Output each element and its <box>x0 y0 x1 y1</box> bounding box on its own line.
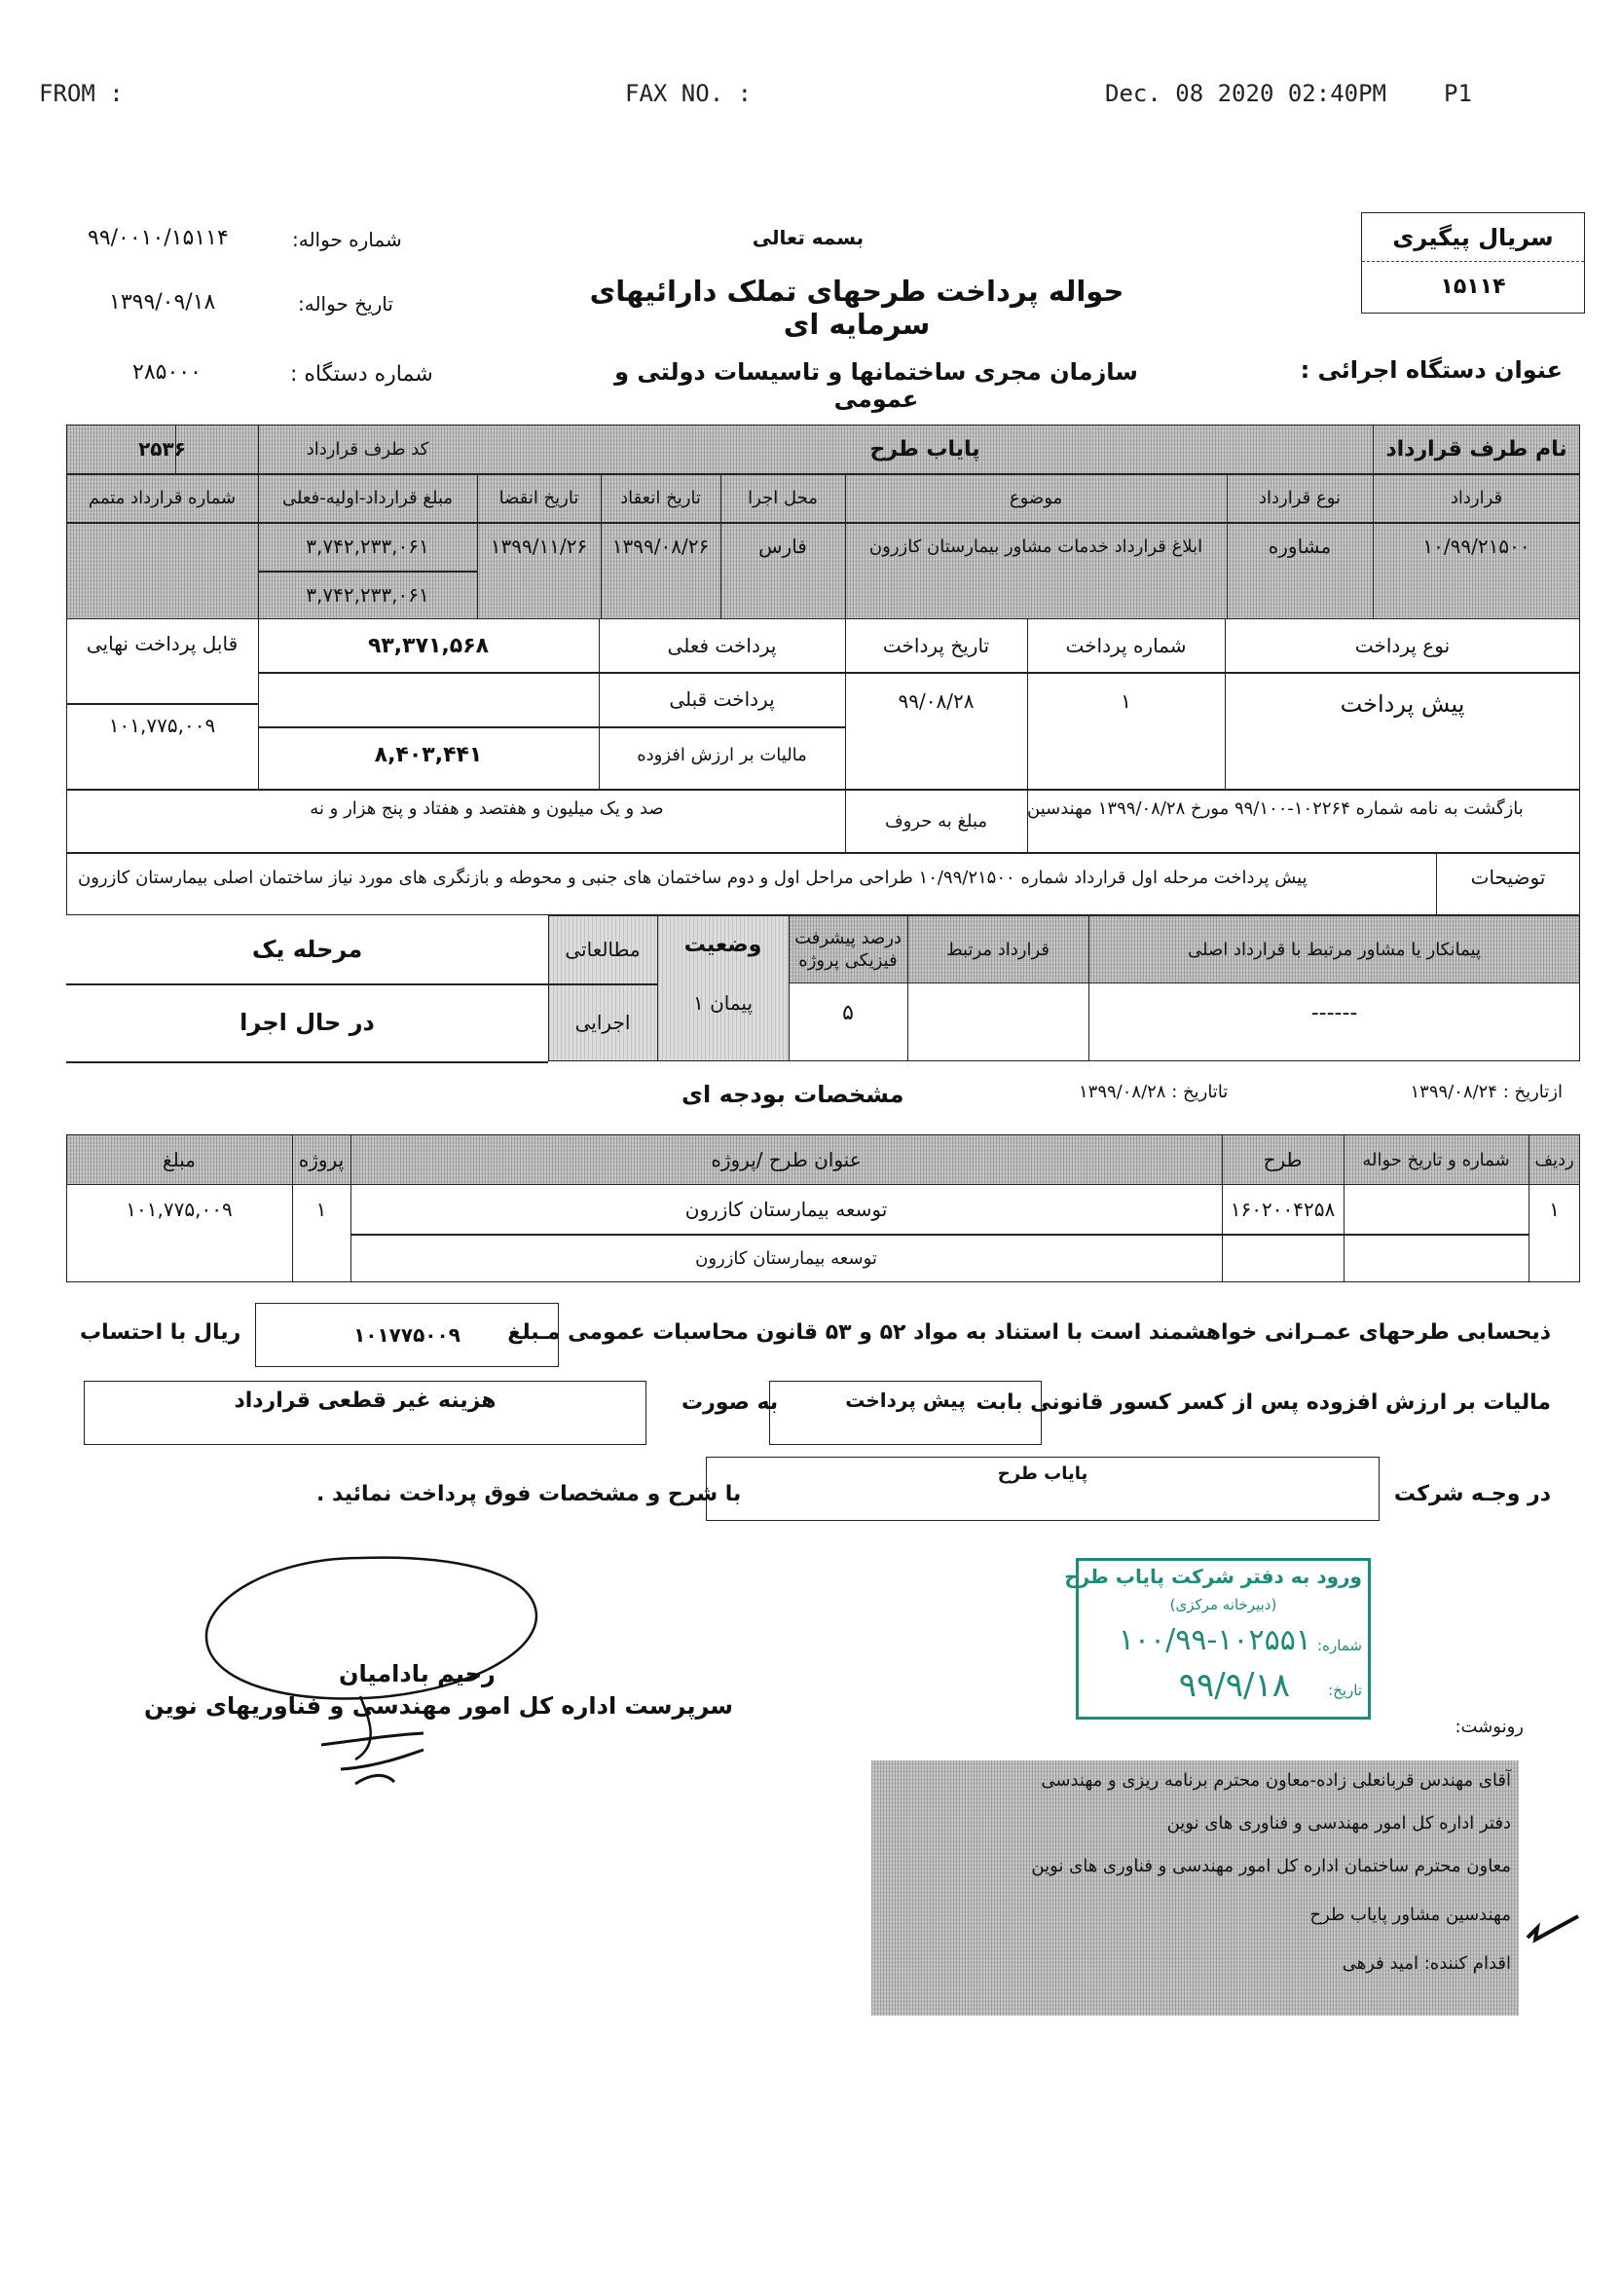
instruction-form: هزینه غیر قطعی قرارداد <box>85 1382 645 1419</box>
instruction-company: پایاب طرح <box>707 1458 1379 1489</box>
signatory-title: سرپرست اداره کل امور مهندسی و فناوریهای … <box>144 1692 733 1720</box>
notes-text: پیش پرداخت مرحله اول قرارداد شماره ۱۰/۹۹… <box>78 853 1431 902</box>
col-title: عنوان طرح /پروژه <box>350 1134 1222 1185</box>
state-label: وضعیت <box>657 915 789 974</box>
fax-page: P1 <box>1444 80 1472 107</box>
stamp-subtitle: (دبیرخانه مرکزی) <box>1079 1596 1368 1613</box>
payment-number-label: شماره پرداخت <box>1027 619 1225 672</box>
notes-label: توضیحات <box>1436 853 1580 902</box>
cc-item: آقای مهندس قربانعلی زاده-معاون محترم برن… <box>871 1770 1511 1813</box>
invocation: بسمه تعالی <box>682 226 935 249</box>
consultant-label: پیمانکار یا مشاور مرتبط با قرارداد اصلی <box>1088 915 1580 983</box>
row-index: ۱ <box>1529 1185 1580 1234</box>
row-amount: ۱۰۱,۷۷۵,۰۰۹ <box>66 1185 292 1234</box>
budget-to: ۱۳۹۹/۰۸/۲۸ <box>1079 1082 1165 1102</box>
contract-subject: ابلاغ قرارداد خدمات مشاور بیمارستان کازر… <box>845 522 1227 571</box>
col-supplement-no: شماره قرارداد متمم <box>66 473 258 522</box>
cc-item: دفتر اداره کل امور مهندسی و فناوری های ن… <box>871 1813 1511 1856</box>
contract-no: ۱۰/۹۹/۲۱۵۰۰ <box>1373 522 1580 571</box>
instruction-as: به صورت <box>682 1390 778 1415</box>
cc-label: رونوشت: <box>1455 1717 1524 1737</box>
current-payment: ۹۳,۳۷۱,۵۶۸ <box>258 619 599 672</box>
col-amount: مبلغ قرارداد-اولیه-فعلی <box>258 473 477 522</box>
col-location: محل اجرا <box>720 473 845 522</box>
stamp-date-label: تاریخ: <box>1328 1682 1362 1699</box>
fax-number-label: FAX NO. : <box>625 80 752 107</box>
signatory-name: رحیم بادامیان <box>339 1660 496 1687</box>
row-project: ۱ <box>292 1185 350 1234</box>
contract-location: فارس <box>720 522 845 571</box>
phase-value: اجرایی <box>548 983 657 1061</box>
page-title: حواله پرداخت طرحهای تملک دارائیهای سرمای… <box>545 275 1168 341</box>
stage-status: در حال اجرا <box>66 983 548 1061</box>
cc-item: اقدام کننده: امید فرهی <box>871 1953 1511 1992</box>
stamp-number-label: شماره: <box>1317 1637 1362 1654</box>
consultant-value: ------ <box>1088 983 1580 1042</box>
device-no: ۲۸۵۰۰۰ <box>132 360 202 385</box>
final-payable: ۱۰۱,۷۷۵,۰۰۹ <box>66 703 258 748</box>
amount-words-label: مبلغ به حروف <box>845 790 1027 853</box>
col-amount: مبلغ <box>66 1134 292 1185</box>
budget-to-label: تاتاریخ : ۱۳۹۹/۰۸/۲۸ <box>1079 1082 1228 1102</box>
remittance-no-label: شماره حواله: <box>292 228 402 251</box>
remittance-date: ۱۳۹۹/۰۹/۱۸ <box>109 290 215 315</box>
phase-label: مطالعاتی <box>548 915 657 983</box>
vat-label: مالیات بر ارزش افزوده <box>599 726 845 783</box>
remittance-date-label: تاریخ حواله: <box>298 292 393 315</box>
remittance-no: ۹۹/۰۰۱۰/۱۵۱۱۴ <box>88 226 229 250</box>
instruction-line1: ذیحسابی طرحهای عمـرانی خواهشمند است با ا… <box>507 1320 1551 1345</box>
instruction-line3: در وجـه شرکت <box>1394 1482 1551 1506</box>
cc-list: آقای مهندس قربانعلی زاده-معاون محترم برن… <box>871 1760 1519 2016</box>
previous-payment-label: پرداخت قبلی <box>599 672 845 726</box>
final-payable-label: قابل پرداخت نهایی <box>66 619 258 668</box>
tracking-serial: ۱۵۱۱۴ <box>1362 262 1584 311</box>
budget-from-label: ازتاریخ : ۱۳۹۹/۰۸/۲۴ <box>1410 1082 1563 1102</box>
contract-amount-current: ۳,۷۴۲,۲۳۳,۰۶۱ <box>258 571 477 619</box>
payment-number: ۱ <box>1027 672 1225 730</box>
vat-amount: ۸,۴۰۳,۴۴۱ <box>258 726 599 783</box>
payment-type-label: نوع پرداخت <box>1225 619 1580 672</box>
stamp-title: ورود به دفتر شرکت پایاب طرح <box>1064 1565 1362 1588</box>
col-contract: قرارداد <box>1373 473 1580 522</box>
col-subject: موضوع <box>845 473 1227 522</box>
executive-label: عنوان دستگاه اجرائی : <box>1301 356 1563 384</box>
col-contract-type: نوع قرارداد <box>1227 473 1373 522</box>
instruction-amount: ۱۰۱۷۷۵۰۰۹ <box>256 1304 558 1366</box>
row-title: توسعه بیمارستان کازرون <box>350 1185 1222 1234</box>
col-start-date: تاریخ انعقاد <box>601 473 720 522</box>
contract-start-date: ۱۳۹۹/۰۸/۲۶ <box>601 522 720 571</box>
row-plan: ۱۶۰۲۰۰۴۲۵۸ <box>1222 1185 1344 1234</box>
progress-value: ۵ <box>789 983 907 1042</box>
state-value: پیمان ۱ <box>657 974 789 1032</box>
organization-name: سازمان مجری ساختمانها و تاسیسات دولتی و … <box>604 358 1149 413</box>
party-name-label: نام طرف قرارداد <box>1373 425 1580 473</box>
instruction-line3-end: با شرح و مشخصات فوق پرداخت نمائید . <box>316 1482 741 1506</box>
instruction-line2: مالیات بر ارزش افزوده پس از کسر کسور قان… <box>976 1390 1551 1415</box>
row-title: توسعه بیمارستان کازرون <box>350 1234 1222 1282</box>
col-project: پروژه <box>292 1134 350 1185</box>
party-code-label: کد طرف قرارداد <box>258 425 477 473</box>
cc-item: مهندسین مشاور پایاب طرح <box>871 1905 1511 1953</box>
checkmark-icon <box>1524 1910 1582 1949</box>
stage: مرحله یک <box>66 915 548 983</box>
col-end-date: تاریخ انقضا <box>477 473 601 522</box>
party-code: ۲۵۳۶ <box>66 425 258 473</box>
receipt-stamp: ورود به دفتر شرکت پایاب طرح (دبیرخانه مر… <box>1076 1558 1371 1720</box>
stamp-date: ۹۹/۹/۱۸ <box>1179 1666 1290 1705</box>
instruction-reason: پیش پرداخت <box>770 1382 1041 1419</box>
stamp-number: ۱۰۰/۹۹-۱۰۲۵۵۱ <box>1119 1623 1311 1657</box>
fax-timestamp: Dec. 08 2020 02:40PM <box>1105 80 1386 107</box>
contract-end-date: ۱۳۹۹/۱۱/۲۶ <box>477 522 601 571</box>
company-box: پایاب طرح <box>706 1457 1380 1521</box>
related-contract-label: قرارداد مرتبط <box>907 915 1088 983</box>
row-remittance <box>1344 1185 1529 1234</box>
party-name: پایاب طرح <box>477 425 1373 473</box>
progress-label: درصد پیشرفت فیزیکی پروژه <box>789 915 907 983</box>
contract-amount-initial: ۳,۷۴۲,۲۳۳,۰۶۱ <box>258 522 477 571</box>
col-remittance: شماره و تاریخ حواله <box>1344 1134 1529 1185</box>
tracking-serial-label: سریال پیگیری <box>1362 213 1584 262</box>
contract-type: مشاوره <box>1227 522 1373 571</box>
tracking-serial-box: سریال پیگیری ۱۵۱۱۴ <box>1361 212 1585 314</box>
budget-from: ۱۳۹۹/۰۸/۲۴ <box>1410 1082 1496 1102</box>
current-payment-label: پرداخت فعلی <box>599 619 845 672</box>
budget-title: مشخصات بودجه ای <box>682 1081 904 1108</box>
reason-box: پیش پرداخت <box>769 1381 1042 1445</box>
col-index: ردیف <box>1529 1134 1580 1185</box>
device-no-label: شماره دستگاه : <box>290 362 433 387</box>
instruction-rial: ریال با احتساب <box>80 1320 240 1345</box>
form-box: هزینه غیر قطعی قرارداد <box>84 1381 646 1445</box>
cc-item: معاون محترم ساختمان اداره کل امور مهندسی… <box>871 1856 1511 1905</box>
amount-words: صد و یک میلیون و هفتصد و هفتاد و پنج هزا… <box>146 790 828 827</box>
col-plan: طرح <box>1222 1134 1344 1185</box>
payment-type: پیش پرداخت <box>1225 672 1580 736</box>
amount-box: ۱۰۱۷۷۵۰۰۹ <box>255 1303 559 1367</box>
fax-from-label: FROM : <box>39 80 124 107</box>
reference-letter: بازگشت به نامه شماره ۱۰۲۲۶۴-۹۹/۱۰۰ مورخ … <box>1027 790 1580 827</box>
payment-date: ۹۹/۰۸/۲۸ <box>845 672 1027 730</box>
payment-date-label: تاریخ پرداخت <box>845 619 1027 672</box>
